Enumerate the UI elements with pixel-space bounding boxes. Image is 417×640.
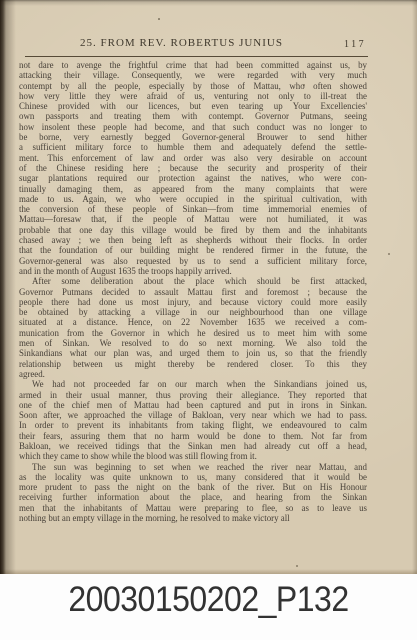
text-line: a sufficient military force to humble th… [19,142,367,152]
text-line: how very little they were afraid of us, … [19,91,367,101]
text-line: attacking their village. Consequently, w… [19,70,367,80]
paper-speck [296,565,298,567]
text-line: sugar plantations required our protectio… [19,173,367,183]
text-line: as the locality was quite unknown to us,… [19,472,367,482]
page-paper: 25. FROM REV. ROBERTUS JUNIUS 117 not da… [0,0,417,574]
text-line: one of the chief men of Mattau had been … [19,400,367,410]
text-line: agreed. [19,369,367,379]
text-line: their fears, assuring them that no harm … [19,431,367,441]
text-line: We had not proceeded far on our march wh… [19,379,367,389]
text-line: and in the month of August 1635 the troo… [19,266,367,276]
text-line: In order to prevent its inhabitants from… [19,420,367,430]
text-line: relationship between us might thereby be… [19,359,367,369]
text-line: which they came to show while the blood … [19,451,367,461]
text-line: more prudent to pass the night on the ba… [19,482,367,492]
text-line: ment. This enforcement of law and order … [19,153,367,163]
text-line: Governor-general was also requested by u… [19,256,367,266]
text-line: men of Sinkan. We resolved to do so next… [19,338,367,348]
text-line: own passports and treating them with con… [19,111,367,121]
text-line: The sun was beginning to set when we rea… [19,462,367,472]
page-number: 117 [344,39,366,50]
body-text: not dare to avenge the frightful crime t… [19,60,367,523]
paper-speck [158,18,160,20]
text-line: After some deliberation about the place … [19,276,367,286]
text-line: contempt by all the people, especially b… [19,81,367,91]
text-line: situated at a distance. Hence, on 22 Nov… [19,317,367,327]
paper-speck [341,251,343,253]
text-line: be obtained by attacking a village in ou… [19,307,367,317]
text-line: people there had done us most injury, an… [19,297,367,307]
text-line: Sinkandians what our plan was, and urged… [19,348,367,358]
text-line: that the foundation of our building migh… [19,245,367,255]
text-line: Mattau—foresaw that, if the people of Ma… [19,214,367,224]
page-header-title: 25. FROM REV. ROBERTUS JUNIUS [0,37,363,49]
text-line: be borne, very earnestly begged Governor… [19,132,367,142]
header-rule [25,56,368,57]
paper-speck [388,253,390,255]
text-line: probable that one day this village would… [19,225,367,235]
text-line: tinually damaging them, as appeared from… [19,184,367,194]
text-line: Governor Putmans decided to assault Matt… [19,287,367,297]
text-line: Bakloan, we received tidings that the Si… [19,441,367,451]
text-line: Chinese provided with our licences, but … [19,101,367,111]
text-line: receiving further information about the … [19,492,367,502]
paper-speck [303,84,305,86]
text-line: munication from the Governor in which he… [19,328,367,338]
text-line: chased away ; we then being left as shep… [19,235,367,245]
text-line: the conversion of these people of Sinkan… [19,204,367,214]
text-line: made to us. Again, we who were occupied … [19,194,367,204]
footer-label: 20030150202_P132 [68,579,348,620]
text-line: nothing but an empty village in the morn… [19,513,367,523]
footer-label-strip: 20030150202_P132 [0,574,417,640]
text-line: not dare to avenge the frightful crime t… [19,60,367,70]
text-line: how insolent these people had become, an… [19,122,367,132]
text-line: Soon after, we approached the village of… [19,410,367,420]
text-line: armed in their usual manner, thus provin… [19,390,367,400]
text-line: men that the inhabitants of Mattau were … [19,503,367,513]
text-line: of the Chinese residing here ; because t… [19,163,367,173]
scanned-book-page: 25. FROM REV. ROBERTUS JUNIUS 117 not da… [0,0,417,640]
